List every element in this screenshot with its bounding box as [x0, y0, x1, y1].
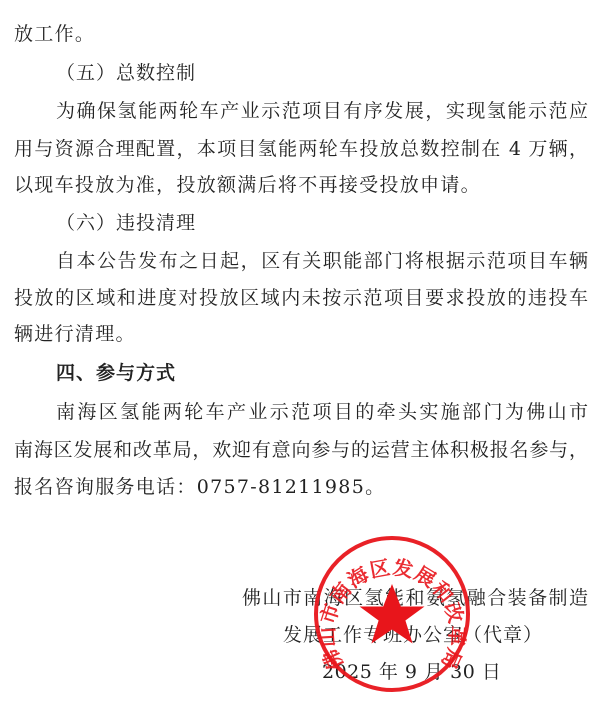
paragraph-line: 辆进行清理。 [14, 322, 136, 346]
paragraph-line: 南海区氢能两轮车产业示范项目的牵头实施部门为佛山市 [56, 400, 588, 424]
paragraph-line: 南海区发展和改革局，欢迎有意向参与的运营主体积极报名参与， [14, 438, 588, 462]
section-heading-illegal-cleanup: （六）违投清理 [56, 211, 196, 235]
paragraph-line: 为确保氢能两轮车产业示范项目有序发展，实现氢能示范应 [56, 99, 588, 123]
paragraph-line: 自本公告发布之日起，区有关职能部门将根据示范项目车辆 [56, 249, 588, 273]
section-heading-total-control: （五）总数控制 [56, 61, 196, 85]
paragraph-line: 以现车投放为准，投放额满后将不再接受投放申请。 [14, 173, 481, 197]
paragraph-line: 用与资源合理配置，本项目氢能两轮车投放总数控制在 4 万辆， [14, 137, 588, 161]
official-stamp: 佛山市南海区发展和改革局 [312, 534, 472, 694]
section-heading-participation: 四、参与方式 [56, 361, 176, 385]
paragraph-line: 投放的区域和进度对投放区域内未按示范项目要求投放的违投车 [14, 286, 588, 310]
paragraph-line: 报名咨询服务电话：0757-81211985。 [14, 475, 385, 499]
continuation-text: 放工作。 [14, 22, 95, 46]
star-icon [360, 584, 425, 644]
